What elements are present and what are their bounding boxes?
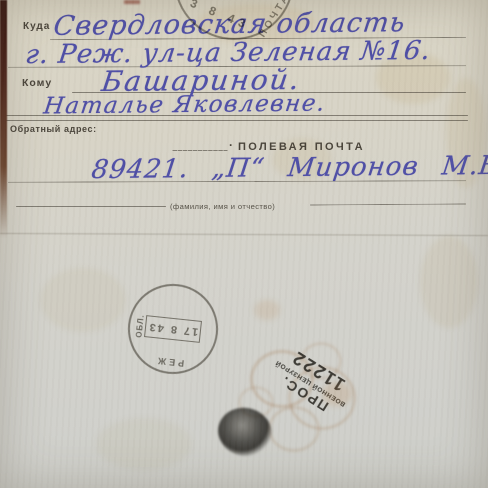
- rust-stain-ring: [238, 386, 274, 418]
- photo-edge-mark: [124, 0, 140, 4]
- handwritten-name: Наталье Яковлевне.: [42, 91, 327, 120]
- rule-line: [16, 206, 166, 207]
- rust-stain-ring: [300, 342, 342, 380]
- postcard-photo: Куда Кому Обратный адрес: · ПОЛЕВАЯ ПОЧТ…: [0, 0, 488, 488]
- fold-crease: [0, 233, 488, 236]
- rust-smudge: [254, 300, 280, 320]
- photo-edge: [0, 0, 7, 238]
- return-address-label: Обратный адрес:: [10, 124, 97, 134]
- name-hint-label: (фамилия, имя и отчество): [170, 202, 275, 211]
- paper-stain: [96, 418, 192, 470]
- field-post-dot: ·: [229, 138, 234, 152]
- to-label: Куда: [23, 21, 50, 32]
- recipient-label: Кому: [22, 77, 52, 89]
- rule-line: [6, 120, 468, 121]
- paper-stain: [40, 268, 126, 332]
- arrival-postmark-rim-side: ОБЛ.: [134, 314, 145, 338]
- field-post-label: ПОЛЕВАЯ ПОЧТА: [238, 141, 365, 153]
- rule-line: [310, 203, 466, 205]
- rule-line-dashed: [172, 150, 228, 151]
- handwritten-return-address: 89421. „П“ Миронов М.В.: [90, 151, 488, 185]
- arrival-postmark-stamp: 17 8 43 РЕЖ ОБЛ.: [124, 280, 223, 379]
- paper-stain: [420, 236, 478, 328]
- arrival-postmark-date: 17 8 43: [147, 320, 199, 337]
- arrival-postmark-rim-bottom: РЕЖ: [126, 352, 213, 371]
- rust-stain-ring: [268, 406, 320, 452]
- arrival-postmark-date-box: 17 8 43: [144, 315, 202, 343]
